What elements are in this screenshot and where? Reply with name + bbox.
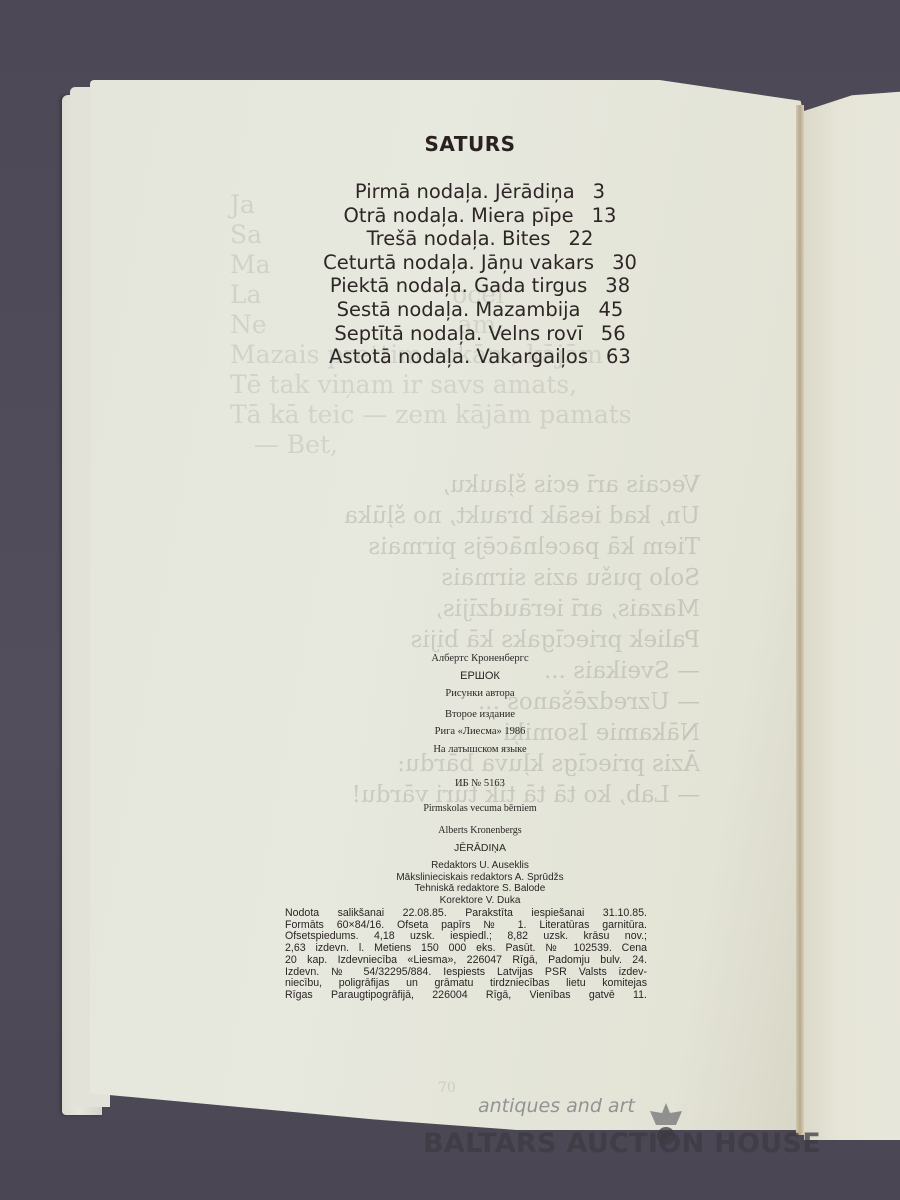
toc-chapter: Septītā nodaļa. Velns rovī — [334, 322, 582, 345]
toc-chapter: Ceturtā nodaļa. Jāņu vakars — [323, 251, 594, 274]
toc-chapter: Piektā nodaļa. Gada tirgus — [330, 274, 587, 297]
lv-author: Alberts Kronenbergs — [260, 820, 700, 841]
toc-entry: Pirmā nodaļa. Jērādiņa3 — [260, 180, 700, 204]
toc-page-number: 56 — [601, 322, 626, 345]
imprint-latvian: Pirmskolas vecuma bērniem Alberts Kronen… — [260, 798, 700, 855]
imprint-russian: Албертс Кроненбергс ЕРШОК Рисунки автора… — [260, 650, 700, 759]
toc-page-number: 3 — [593, 180, 605, 203]
ru-author: Албертс Кроненбергс — [260, 650, 700, 668]
toc-entry: Astotā nodaļa. Vakargaiļos63 — [260, 345, 700, 369]
table-of-contents: Pirmā nodaļa. Jērādiņa3Otrā nodaļa. Mier… — [260, 180, 700, 369]
toc-entry: Trešā nodaļa. Bites22 — [260, 227, 700, 251]
toc-chapter: Trešā nodaļa. Bites — [367, 227, 551, 250]
toc-chapter: Otrā nodaļa. Miera pīpe — [344, 204, 574, 227]
toc-page-number: 45 — [599, 298, 624, 321]
toc-entry: Otrā nodaļa. Miera pīpe13 — [260, 204, 700, 228]
toc-page-number: 63 — [606, 345, 631, 368]
ru-language: На латышском языке — [260, 741, 700, 759]
ru-edition: Второе издание — [260, 706, 700, 724]
book-gutter — [796, 105, 804, 1135]
toc-chapter: Sestā nodaļa. Mazambija — [337, 298, 581, 321]
faint-page-number: 70 — [438, 1080, 456, 1096]
colophon-line: 20 kap. Izdevniecība «Liesma», 226047 Rī… — [285, 955, 647, 967]
toc-entry: Septītā nodaļa. Velns rovī56 — [260, 322, 700, 346]
credit-line: Korektore V. Duka — [260, 895, 700, 907]
lv-audience: Pirmskolas vecuma bērniem — [260, 798, 700, 819]
right-page — [804, 90, 900, 1140]
toc-page-number: 22 — [569, 227, 594, 250]
toc-chapter: Astotā nodaļa. Vakargaiļos — [329, 345, 588, 368]
ru-publisher: Рига «Лиесма» 1986 — [260, 723, 700, 741]
colophon: Nodota salikšanai 22.08.85. Parakstīta i… — [285, 908, 647, 1002]
credit-line: Tehniskā redaktore S. Balode — [260, 883, 700, 895]
watermark-tagline: antiques and art — [478, 1095, 635, 1117]
lv-credits: Redaktors U. AuseklisMākslinieciskais re… — [260, 860, 700, 906]
toc-page-number: 30 — [612, 251, 637, 274]
colophon-line: Rīgas Paraugtipogrāfijā, 226004 Rīgā, Vi… — [285, 990, 647, 1002]
imprint-ib-number: ИБ № 5163 — [260, 775, 700, 793]
watermark-brand: BALTARS AUCTION HOUSE — [423, 1128, 821, 1159]
toc-chapter: Pirmā nodaļa. Jērādiņa — [355, 180, 575, 203]
colophon-line: Nodota salikšanai 22.08.85. Parakstīta i… — [285, 908, 647, 920]
credit-line: Mākslinieciskais redaktors A. Sprūdžs — [260, 872, 700, 884]
toc-page-number: 13 — [592, 204, 617, 227]
lv-title: JĒRĀDIŅA — [260, 841, 700, 855]
credit-line: Redaktors U. Auseklis — [260, 860, 700, 872]
toc-title: SATURS — [0, 132, 900, 156]
toc-page-number: 38 — [605, 274, 630, 297]
toc-entry: Sestā nodaļa. Mazambija45 — [260, 298, 700, 322]
ru-illustrations: Рисунки автора — [260, 685, 700, 703]
ru-title: ЕРШОК — [260, 668, 700, 686]
toc-entry: Piektā nodaļa. Gada tirgus38 — [260, 274, 700, 298]
toc-entry: Ceturtā nodaļa. Jāņu vakars30 — [260, 251, 700, 275]
